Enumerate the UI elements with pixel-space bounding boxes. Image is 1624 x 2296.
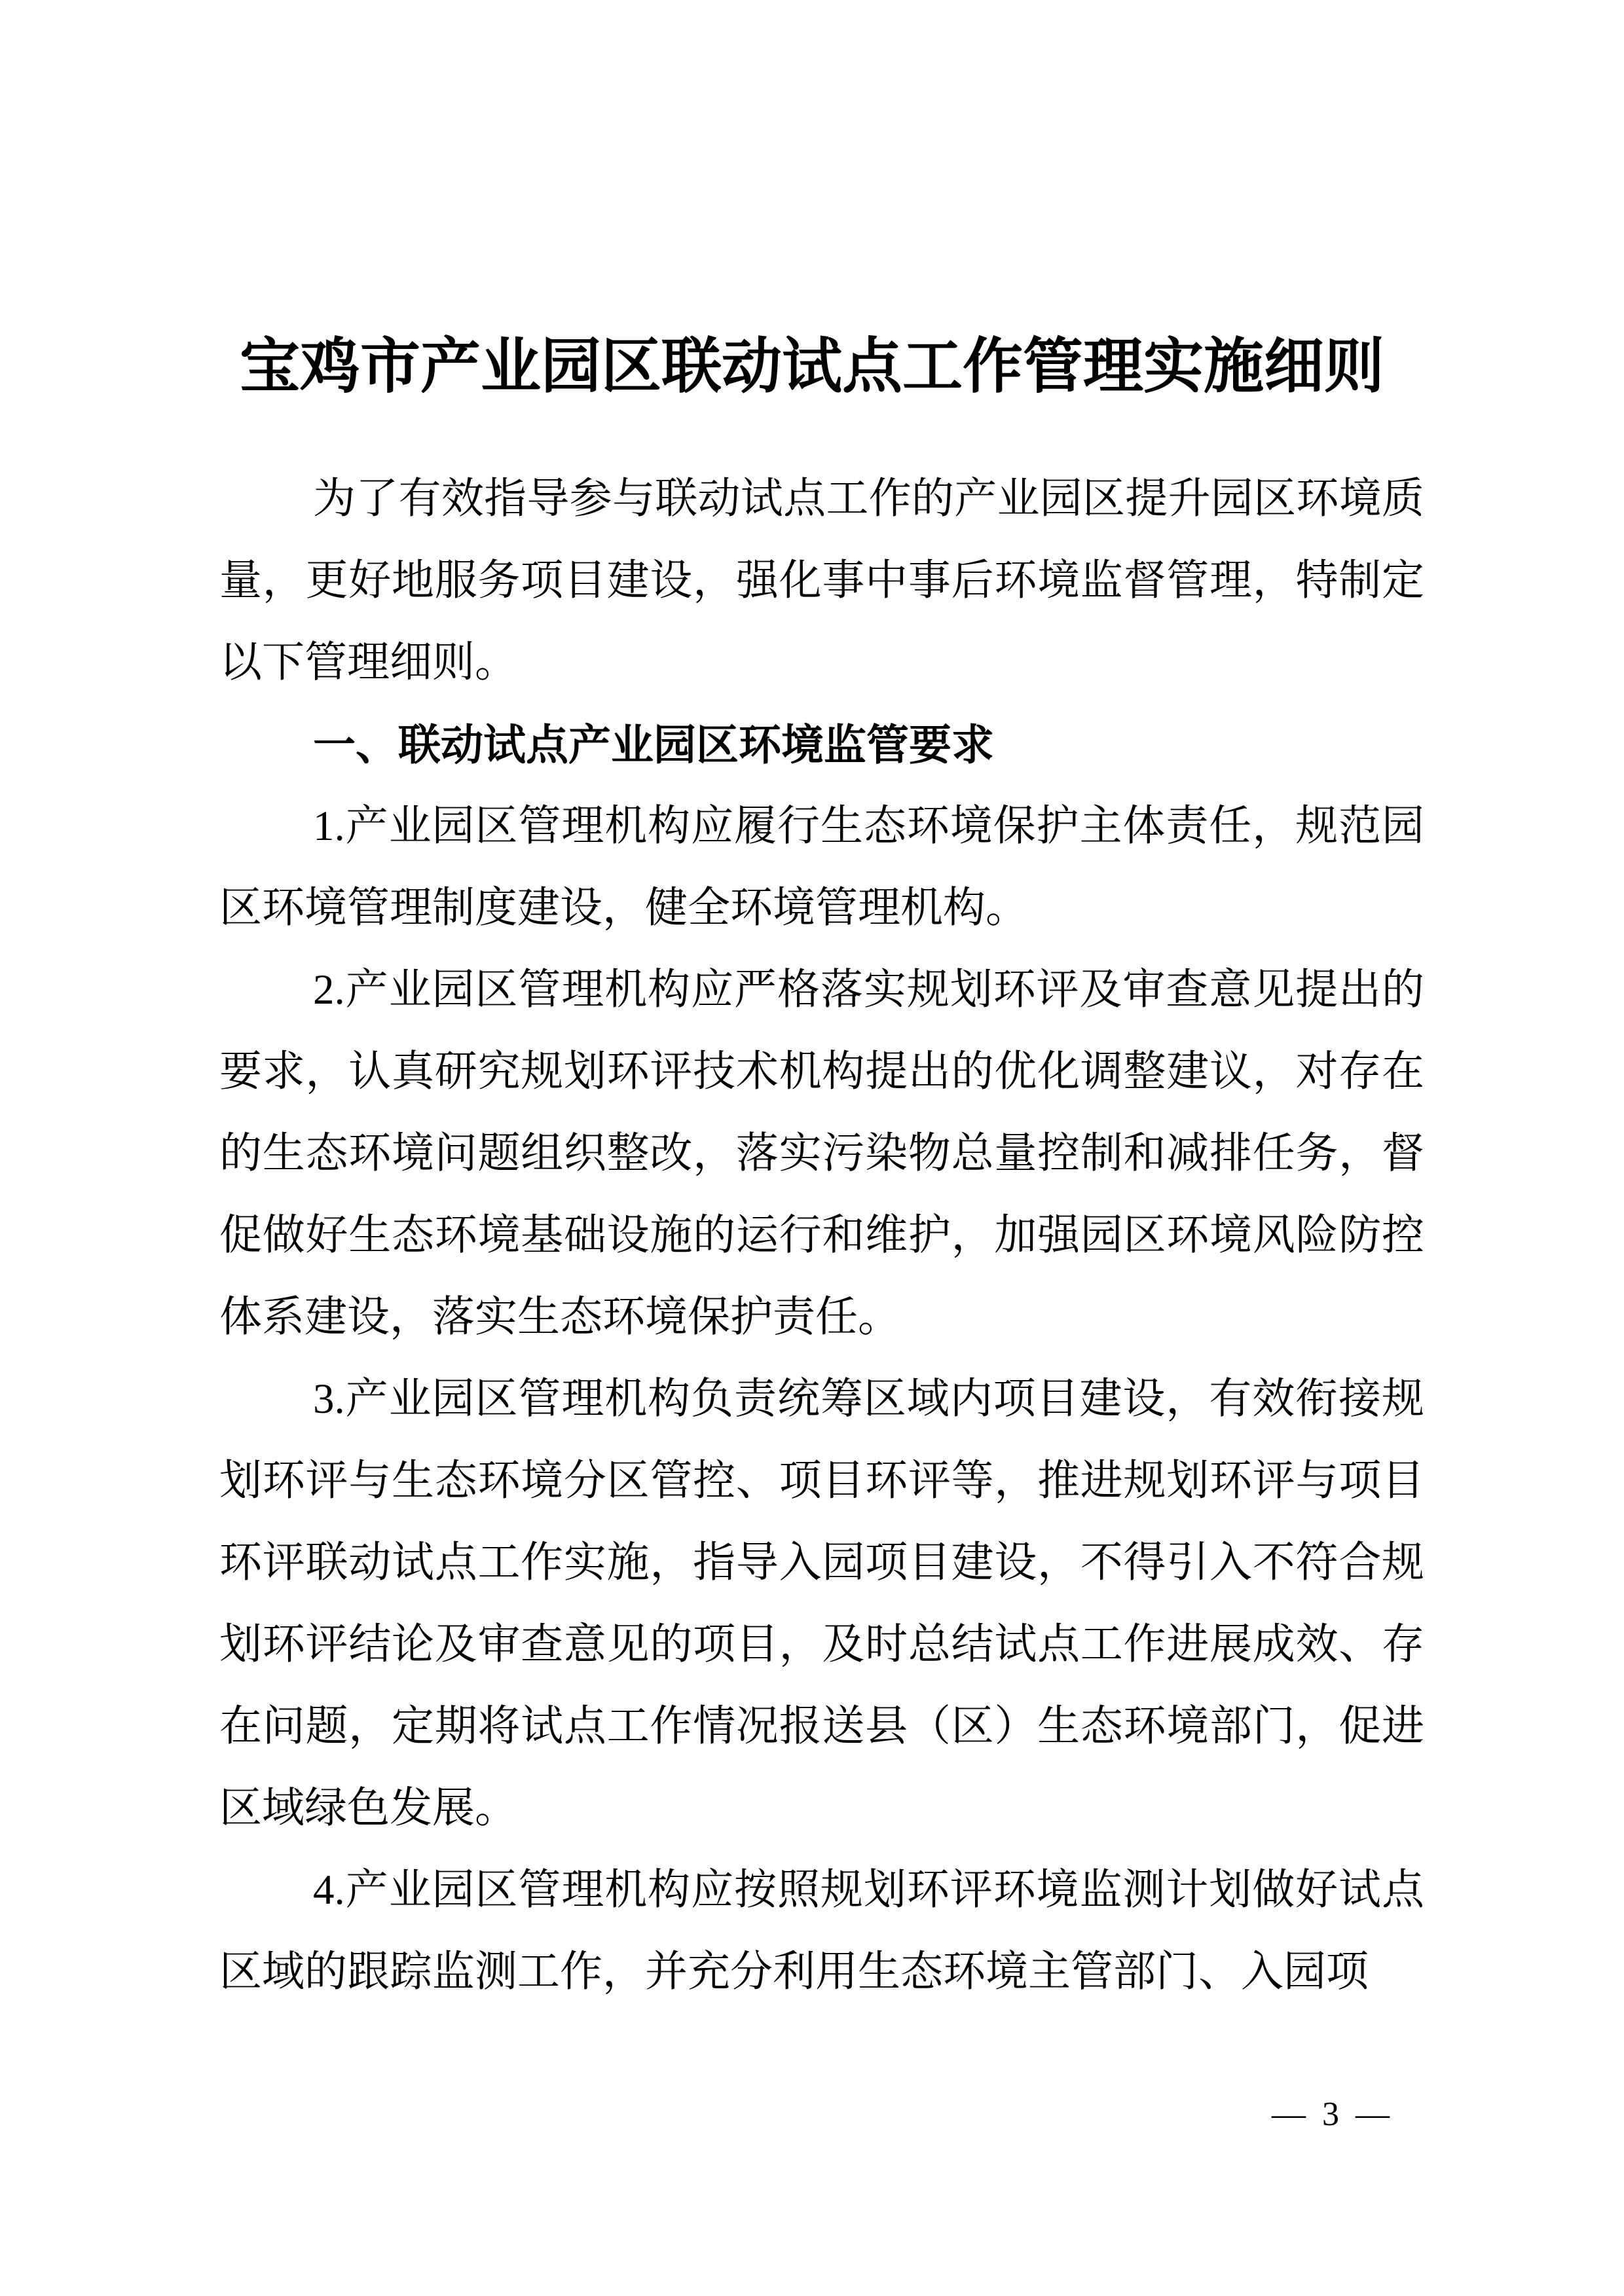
intro-paragraph: 为了有效指导参与联动试点工作的产业园区提升园区环境质量，更好地服务项目建设，强化… (219, 458, 1424, 704)
document-body: 为了有效指导参与联动试点工作的产业园区提升园区环境质量，更好地服务项目建设，强化… (219, 458, 1424, 2013)
document-title: 宝鸡市产业园区联动试点工作管理实施细则 (0, 334, 1624, 400)
page-number: — 3 — (1272, 2098, 1393, 2132)
section-heading-1: 一、联动试点产业园区环境监管要求 (219, 704, 1424, 786)
list-item-3: 3.产业园区管理机构负责统筹区域内项目建设，有效衔接规划环评与生态环境分区管控、… (219, 1358, 1424, 1850)
list-item-4: 4.产业园区管理机构应按照规划环评环境监测计划做好试点区域的跟踪监测工作，并充分… (219, 1850, 1424, 2013)
document-page: 宝鸡市产业园区联动试点工作管理实施细则 为了有效指导参与联动试点工作的产业园区提… (0, 0, 1624, 2296)
list-item-1: 1.产业园区管理机构应履行生态环境保护主体责任，规范园区环境管理制度建设，健全环… (219, 786, 1424, 949)
list-item-2: 2.产业园区管理机构应严格落实规划环评及审查意见提出的要求，认真研究规划环评技术… (219, 949, 1424, 1358)
